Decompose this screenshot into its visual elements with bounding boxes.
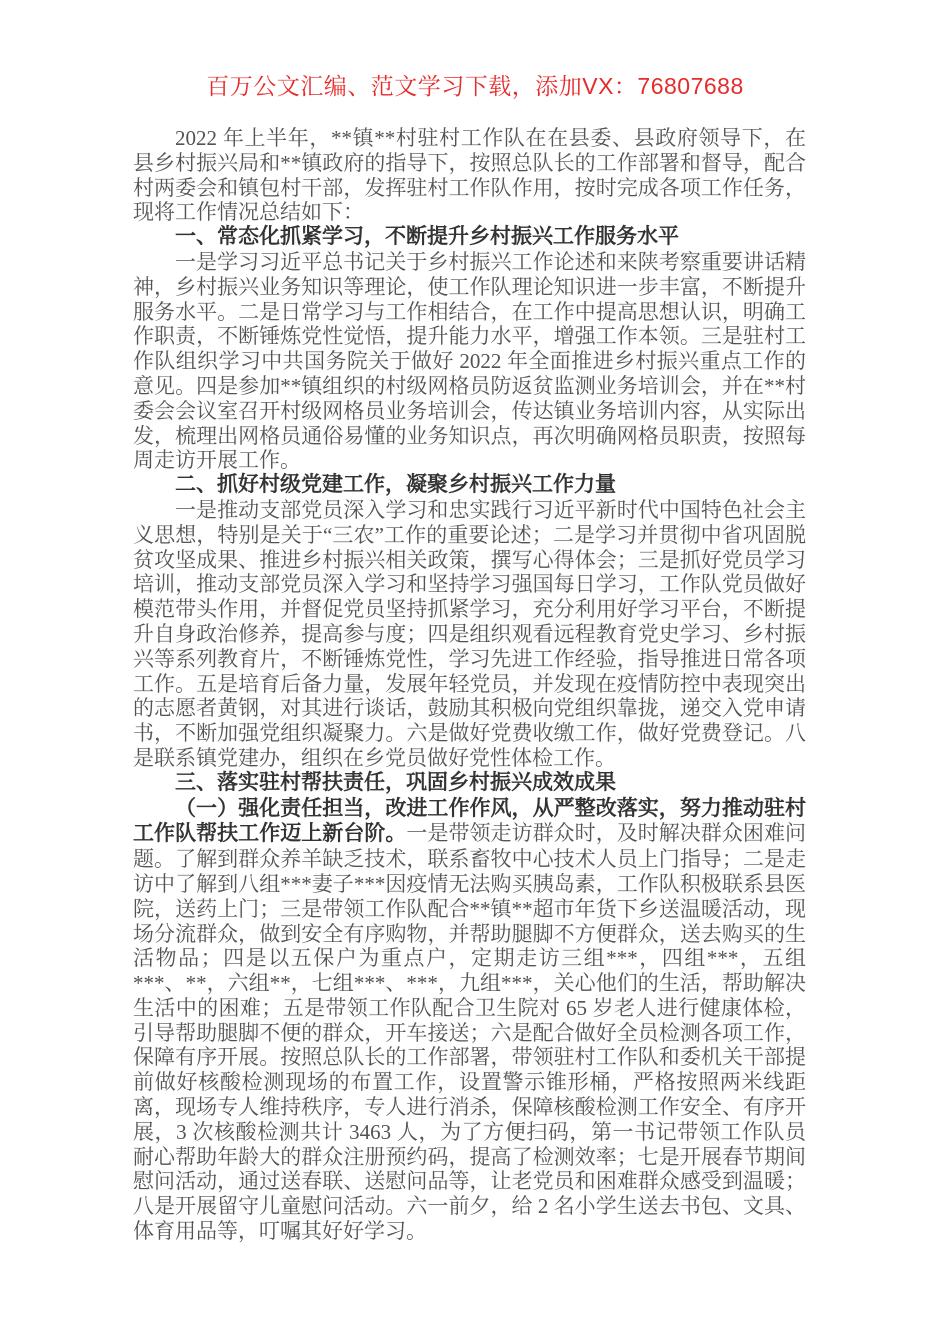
section-1-heading: 一、常态化抓紧学习，不断提升乡村振兴工作服务水平 xyxy=(133,225,806,250)
document-page: 百万公文汇编、范文学习下载，添加VX：76807688 2022 年上半年，**… xyxy=(0,0,950,1344)
section-1-paragraph: 一是学习习近平总书记关于乡村振兴工作论述和来陕考察重要讲话精神，乡村振兴业务知识… xyxy=(133,250,806,473)
section-2-heading: 二、抓好村级党建工作，凝聚乡村振兴工作力量 xyxy=(133,473,806,498)
intro-paragraph: 2022 年上半年，**镇**村驻村工作队在在县委、县政府领导下，在县乡村振兴局… xyxy=(133,126,806,225)
section-3-paragraph: （一）强化责任担当，改进工作作风，从严整改落实，努力推动驻村工作队帮扶工作迈上新… xyxy=(133,796,806,1244)
document-body: 2022 年上半年，**镇**村驻村工作队在在县委、县政府领导下，在县乡村振兴局… xyxy=(133,126,806,1244)
section-3-body-text: 一是带领走访群众时，及时解决群众困难问题。了解到群众养羊缺乏技术，联系畜牧中心技… xyxy=(133,821,806,1243)
section-2-paragraph: 一是推动支部党员深入学习和忠实践行习近平新时代中国特色社会主义思想，特别是关于“… xyxy=(133,498,806,771)
section-3-heading: 三、落实驻村帮扶责任，巩固乡村振兴成效成果 xyxy=(133,771,806,796)
watermark-ad-header: 百万公文汇编、范文学习下载，添加VX：76807688 xyxy=(0,68,950,101)
